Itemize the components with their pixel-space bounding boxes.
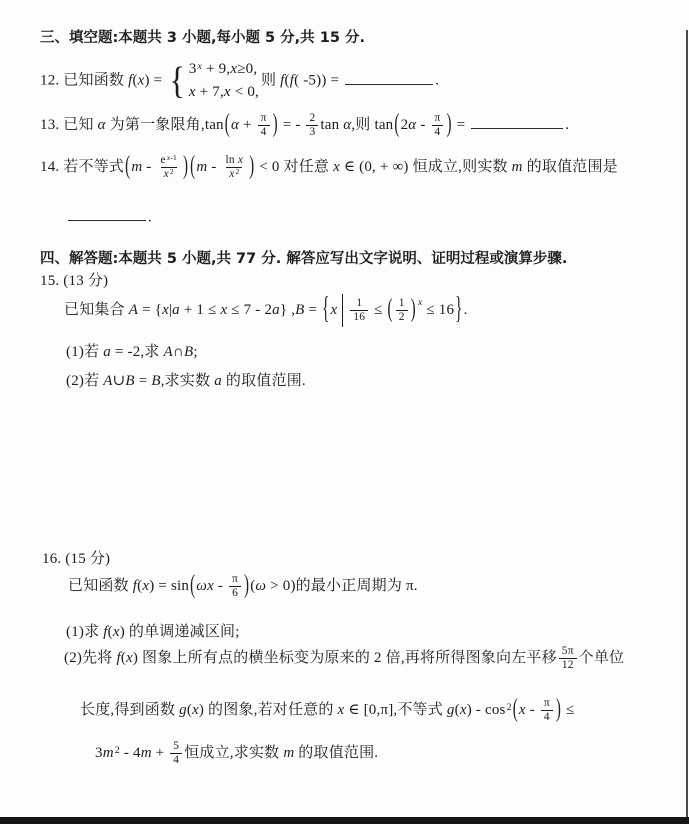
question-16-body: 已知函数 f(x) = sin(ωx - π6)(ω > 0)的最小正周期为 π… xyxy=(68,573,418,600)
question-13: 13. 已知 α 为第一象限角,tan(α + π4) = - 23tan α,… xyxy=(40,112,569,139)
question-15-part1: (1)若 a = -2,求 A∩B; xyxy=(66,340,198,361)
question-16-part2-line3: 3m2 - 4m + 54恒成立,求实数 m 的取值范围. xyxy=(95,740,378,767)
question-14-answer-blank: . xyxy=(66,206,152,226)
question-15-number: 15. (13 分) xyxy=(40,269,108,290)
question-15-part2: (2)若 A∪B = B,求实数 a 的取值范围. xyxy=(66,369,306,390)
question-16-part1: (1)求 f(x) 的单调递减区间; xyxy=(66,620,240,641)
question-16-part2-line1: (2)先将 f(x) 图象上所有点的横坐标变为原来的 2 倍,再将所得图象向左平… xyxy=(64,645,624,672)
section3-header: 三、填空题:本题共 3 小题,每小题 5 分,共 15 分. xyxy=(40,26,365,47)
question-12: 12. 已知函数 f(x) = {3x + 9,x≥0,x + 7,x < 0,… xyxy=(40,58,439,105)
scan-bottom-edge-strip xyxy=(0,817,689,824)
question-16-number: 16. (15 分) xyxy=(42,547,110,568)
question-14: 14. 若不等式(m - ex-1x2)(m - ln xx2) < 0 对任意… xyxy=(40,154,618,181)
section4-header: 四、解答题:本题共 5 小题,共 77 分. 解答应写出文字说明、证明过程或演算… xyxy=(40,247,567,268)
question-16-part2-line2: 长度,得到函数 g(x) 的图象,若对任意的 x ∈ [0,π],不等式 g(x… xyxy=(80,697,574,724)
exam-paper-page: 三、填空题:本题共 3 小题,每小题 5 分,共 15 分. 12. 已知函数 … xyxy=(0,0,689,824)
question-15-body: 已知集合 A = {x|a + 1 ≤ x ≤ 7 - 2a} ,B = {x1… xyxy=(64,294,468,327)
scan-right-edge-line xyxy=(686,30,688,818)
